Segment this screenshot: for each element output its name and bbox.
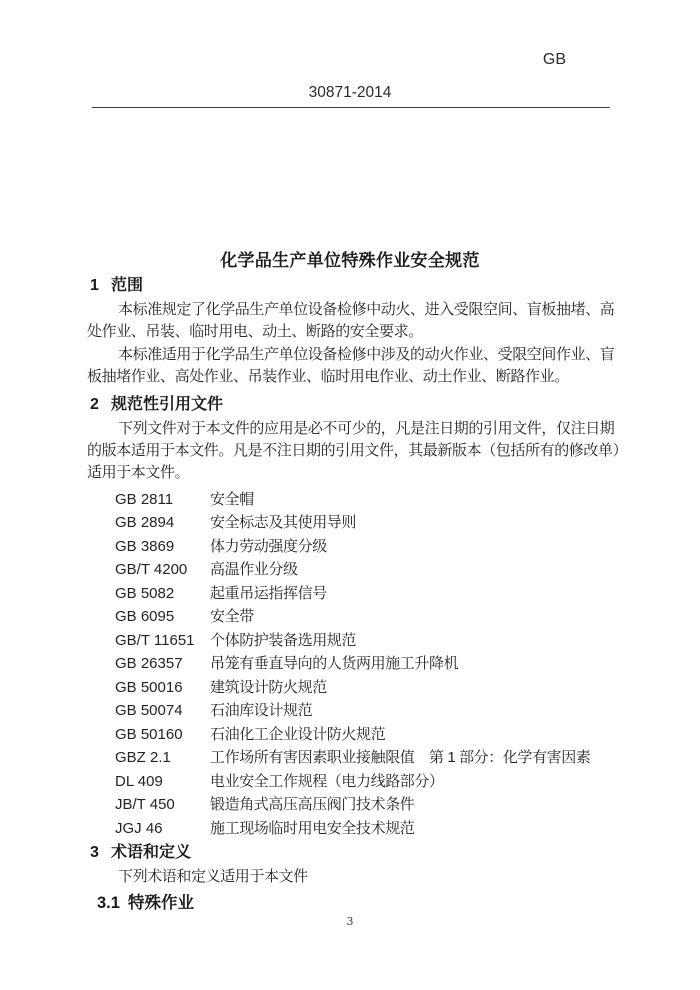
section-1-heading: 1范围: [87, 273, 613, 299]
reference-item: GB 5082起重吊运指挥信号: [87, 582, 613, 606]
reference-title: 安全帽: [210, 491, 254, 508]
reference-title: 吊笼有垂直导向的人货两用施工升降机: [210, 655, 458, 672]
section-1-label: 范围: [111, 277, 143, 294]
reference-code: GBZ 2.1: [115, 746, 210, 770]
reference-item: GB/T 11651个体防护装备选用规范: [87, 629, 613, 653]
section-2-paragraph-1: 下列文件对于本文件的应用是必不可少的，凡是注日期的引用文件，仅注日期 的版本适用…: [87, 418, 613, 485]
reference-title: 电业安全工作规程（电力线路部分）: [210, 773, 444, 790]
reference-code: GB 50160: [115, 723, 210, 747]
reference-code: GB 2894: [115, 511, 210, 535]
reference-code: GB 2811: [115, 488, 210, 512]
reference-code: GB 6095: [115, 605, 210, 629]
reference-item: GB 2894安全标志及其使用导则: [87, 511, 613, 535]
reference-title: 施工现场临时用电安全技术规范: [210, 820, 414, 837]
paragraph-line: 的版本适用于本文件。凡是不注日期的引用文件，其最新版本（包括所有的修改单）: [87, 440, 613, 462]
section-1-paragraph-1: 本标准规定了化学品生产单位设备检修中动火、进入受限空间、盲板抽堵、高 处作业、吊…: [87, 299, 613, 344]
reference-item: GB 50160石油化工企业设计防火规范: [87, 723, 613, 747]
page-number: 3: [0, 915, 700, 928]
section-3-number: 3: [90, 840, 111, 866]
reference-title: 石油库设计规范: [210, 702, 312, 719]
header-gb-label: GB: [0, 51, 566, 69]
section-3-1-number: 3.1: [97, 894, 120, 912]
reference-code: GB/T 4200: [115, 558, 210, 582]
section-3-heading: 3术语和定义: [87, 840, 613, 866]
header-doc-number: 30871-2014: [0, 84, 700, 102]
section-2-label: 规范性引用文件: [111, 396, 223, 413]
reference-title: 高温作业分级: [210, 561, 298, 578]
paragraph-line: 板抽堵作业、高处作业、吊装作业、临时用电作业、动土作业、断路作业。: [87, 366, 613, 388]
header-rule: [92, 107, 610, 108]
reference-title: 个体防护装备选用规范: [210, 632, 356, 649]
reference-title: 石油化工企业设计防火规范: [210, 726, 385, 743]
reference-item: GB 3869体力劳动强度分级: [87, 535, 613, 559]
section-3-paragraph: 下列术语和定义适用于本文件: [87, 866, 613, 888]
reference-item: GBZ 2.1工作场所有害因素职业接触限值 第 1 部分：化学有害因素: [87, 746, 613, 770]
section-3-1-heading: 3.1特殊作业: [87, 891, 613, 915]
reference-title: 安全带: [210, 608, 254, 625]
references-list: GB 2811安全帽 GB 2894安全标志及其使用导则 GB 3869体力劳动…: [87, 488, 613, 841]
section-3-label: 术语和定义: [111, 844, 191, 861]
reference-code: GB 26357: [115, 652, 210, 676]
section-2-heading: 2规范性引用文件: [87, 392, 613, 418]
paragraph-line: 适用于本文件。: [87, 462, 613, 484]
section-1-number: 1: [90, 273, 111, 299]
reference-code: JGJ 46: [115, 817, 210, 841]
reference-title: 安全标志及其使用导则: [210, 514, 356, 531]
reference-item: GB 6095安全带: [87, 605, 613, 629]
document-title: 化学品生产单位特殊作业安全规范: [87, 248, 613, 273]
reference-code: GB 50016: [115, 676, 210, 700]
reference-item: GB/T 4200高温作业分级: [87, 558, 613, 582]
reference-title: 建筑设计防火规范: [210, 679, 327, 696]
reference-code: GB 50074: [115, 699, 210, 723]
paragraph-line: 本标准适用于化学品生产单位设备检修中涉及的动火作业、受限空间作业、盲: [87, 344, 613, 366]
reference-item: GB 26357吊笼有垂直导向的人货两用施工升降机: [87, 652, 613, 676]
reference-title: 起重吊运指挥信号: [210, 585, 327, 602]
paragraph-line: 处作业、吊装、临时用电、动土、断路的安全要求。: [87, 321, 613, 343]
paragraph-line: 下列文件对于本文件的应用是必不可少的，凡是注日期的引用文件，仅注日期: [87, 418, 613, 440]
reference-item: JGJ 46施工现场临时用电安全技术规范: [87, 817, 613, 841]
section-1-paragraph-2: 本标准适用于化学品生产单位设备检修中涉及的动火作业、受限空间作业、盲 板抽堵作业…: [87, 344, 613, 389]
reference-item: JB/T 450锻造角式高压高压阀门技术条件: [87, 793, 613, 817]
reference-code: GB 5082: [115, 582, 210, 606]
document-page: GB 30871-2014 化学品生产单位特殊作业安全规范 1范围 本标准规定了…: [0, 0, 700, 990]
reference-code: GB 3869: [115, 535, 210, 559]
section-3-1-label: 特殊作业: [128, 894, 194, 912]
reference-title: 锻造角式高压高压阀门技术条件: [210, 796, 414, 813]
reference-item: GB 50016建筑设计防火规范: [87, 676, 613, 700]
document-body: 化学品生产单位特殊作业安全规范 1范围 本标准规定了化学品生产单位设备检修中动火…: [87, 248, 613, 915]
reference-item: GB 2811安全帽: [87, 488, 613, 512]
reference-item: DL 409电业安全工作规程（电力线路部分）: [87, 770, 613, 794]
section-2-number: 2: [90, 392, 111, 418]
paragraph-line: 本标准规定了化学品生产单位设备检修中动火、进入受限空间、盲板抽堵、高: [87, 299, 613, 321]
reference-item: GB 50074石油库设计规范: [87, 699, 613, 723]
reference-code: GB/T 11651: [115, 629, 210, 653]
reference-code: JB/T 450: [115, 793, 210, 817]
reference-title: 工作场所有害因素职业接触限值 第 1 部分：化学有害因素: [210, 749, 590, 766]
reference-title: 体力劳动强度分级: [210, 538, 327, 555]
reference-code: DL 409: [115, 770, 210, 794]
